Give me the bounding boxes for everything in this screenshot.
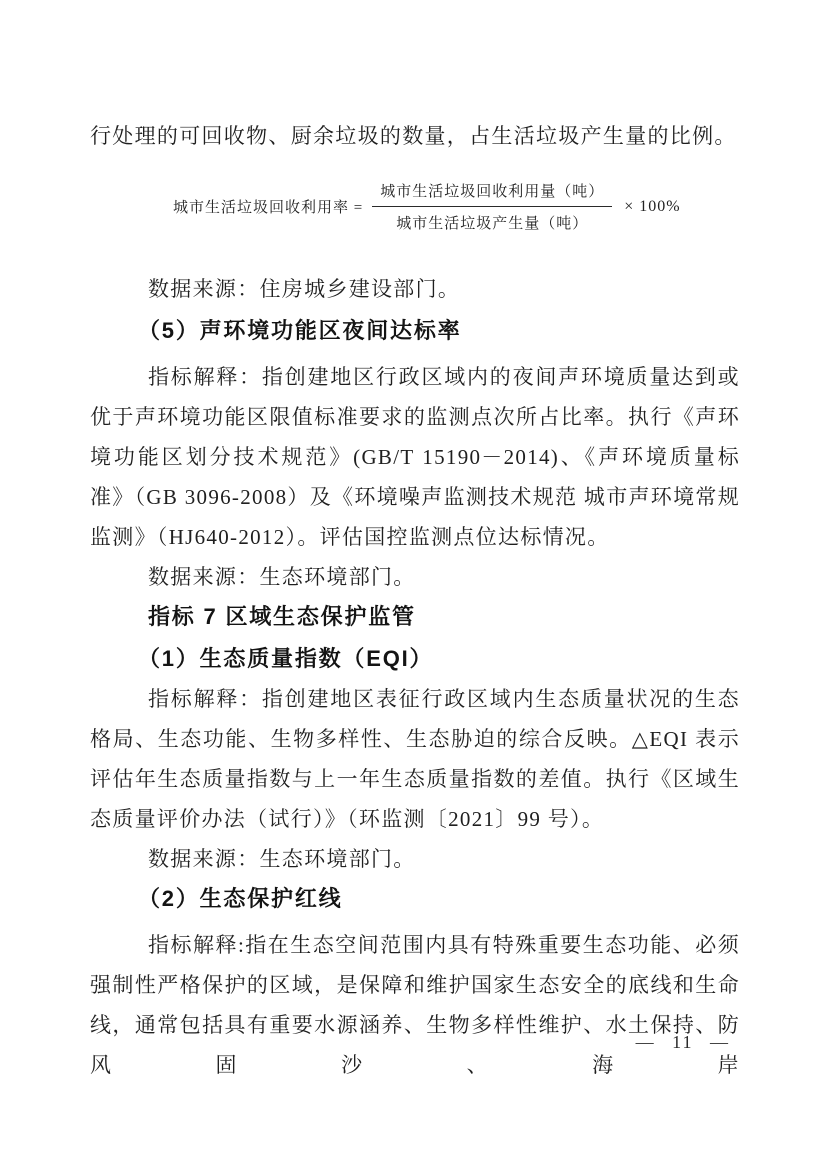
formula-fraction: 城市生活垃圾回收利用量（吨） 城市生活垃圾产生量（吨） [372, 180, 612, 233]
data-source-housing: 数据来源：住房城乡建设部门。 [90, 269, 740, 309]
heading-noise-standard-rate: （5）声环境功能区夜间达标率 [90, 311, 740, 351]
paragraph-redline-explanation: 指标解释:指在生态空间范围内具有特殊重要生态功能、必须强制性严格保护的区域，是保… [90, 925, 740, 1085]
paragraph-noise-explanation: 指标解释：指创建地区行政区域内的夜间声环境质量达到或优于声环境功能区限值标准要求… [90, 357, 740, 557]
data-source-eco-eqi: 数据来源：生态环境部门。 [90, 839, 740, 879]
formula-multiplier: × 100% [624, 198, 680, 216]
equals-sign: = [354, 200, 363, 216]
document-page: 行处理的可回收物、厨余垃圾的数量，占生活垃圾产生量的比例。 城市生活垃圾回收利用… [0, 0, 826, 1169]
formula-lhs-text: 城市生活垃圾回收利用率 [173, 200, 349, 216]
heading-indicator-7: 指标 7 区域生态保护监管 [90, 597, 740, 637]
paragraph-eqi-explanation: 指标解释：指创建地区表征行政区域内生态质量状况的生态格局、生态功能、生物多样性、… [90, 679, 740, 839]
heading-eqi: （1）生态质量指数（EQI） [90, 639, 740, 679]
formula-left-side: 城市生活垃圾回收利用率 = [173, 196, 363, 217]
formula-denominator: 城市生活垃圾产生量（吨） [372, 207, 612, 233]
page-number: — 11 — [636, 1032, 730, 1053]
formula-recycling-rate: 城市生活垃圾回收利用率 = 城市生活垃圾回收利用量（吨） 城市生活垃圾产生量（吨… [90, 180, 740, 233]
paragraph-continuation: 行处理的可回收物、厨余垃圾的数量，占生活垃圾产生量的比例。 [90, 116, 740, 156]
heading-redline: （2）生态保护红线 [90, 879, 740, 919]
data-source-eco-noise: 数据来源：生态环境部门。 [90, 557, 740, 597]
formula-numerator: 城市生活垃圾回收利用量（吨） [372, 180, 612, 207]
